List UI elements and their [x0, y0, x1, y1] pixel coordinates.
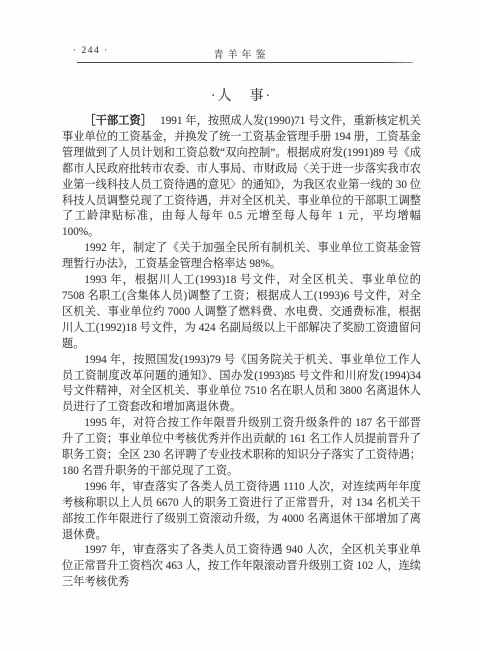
scanned-yearbook-page: · 244 · 青羊年鉴 ·人 事· ［干部工资］1991 年，按照成人发(19…	[0, 0, 480, 651]
paragraph-1992: 1992 年，制定了《关于加强全民所有制机关、事业单位工资基金管理暂行办法》，工…	[62, 241, 421, 273]
paragraph-1991: ［干部工资］1991 年，按照成人发(1990)71 号文件，重新核定机关事业单…	[62, 114, 421, 241]
paragraph-1997: 1997 年，审查落实了各类人员工资待遇 940 人次，全区机关事业单位正常晋升…	[62, 543, 421, 591]
header-rule	[77, 62, 413, 63]
book-title: 青羊年鉴	[62, 46, 421, 61]
article-body: ［干部工资］1991 年，按照成人发(1990)71 号文件，重新核定机关事业单…	[62, 114, 421, 591]
section-title: ·人 事·	[62, 85, 421, 105]
paragraph-1994: 1994 年，按照国发(1993)79 号《国务院关于机关、事业单位工作人员工资…	[62, 353, 421, 417]
paragraph-1995: 1995 年，对符合按工作年限晋升级别工资升级条件的 187 名干部晋升了工资；…	[62, 416, 421, 480]
paragraph-text: 1991 年，按照成人发(1990)71 号文件，重新核定机关事业单位的工资基金…	[62, 115, 421, 238]
entry-label: ［干部工资］	[84, 115, 152, 127]
paragraph-1993: 1993 年，根据川人工(1993)18 号文件，对全区机关、事业单位的 750…	[62, 273, 421, 353]
paragraph-1996: 1996 年，审查落实了各类人员工资待遇 1110 人次，对连续两年年度考核称职…	[62, 480, 421, 544]
